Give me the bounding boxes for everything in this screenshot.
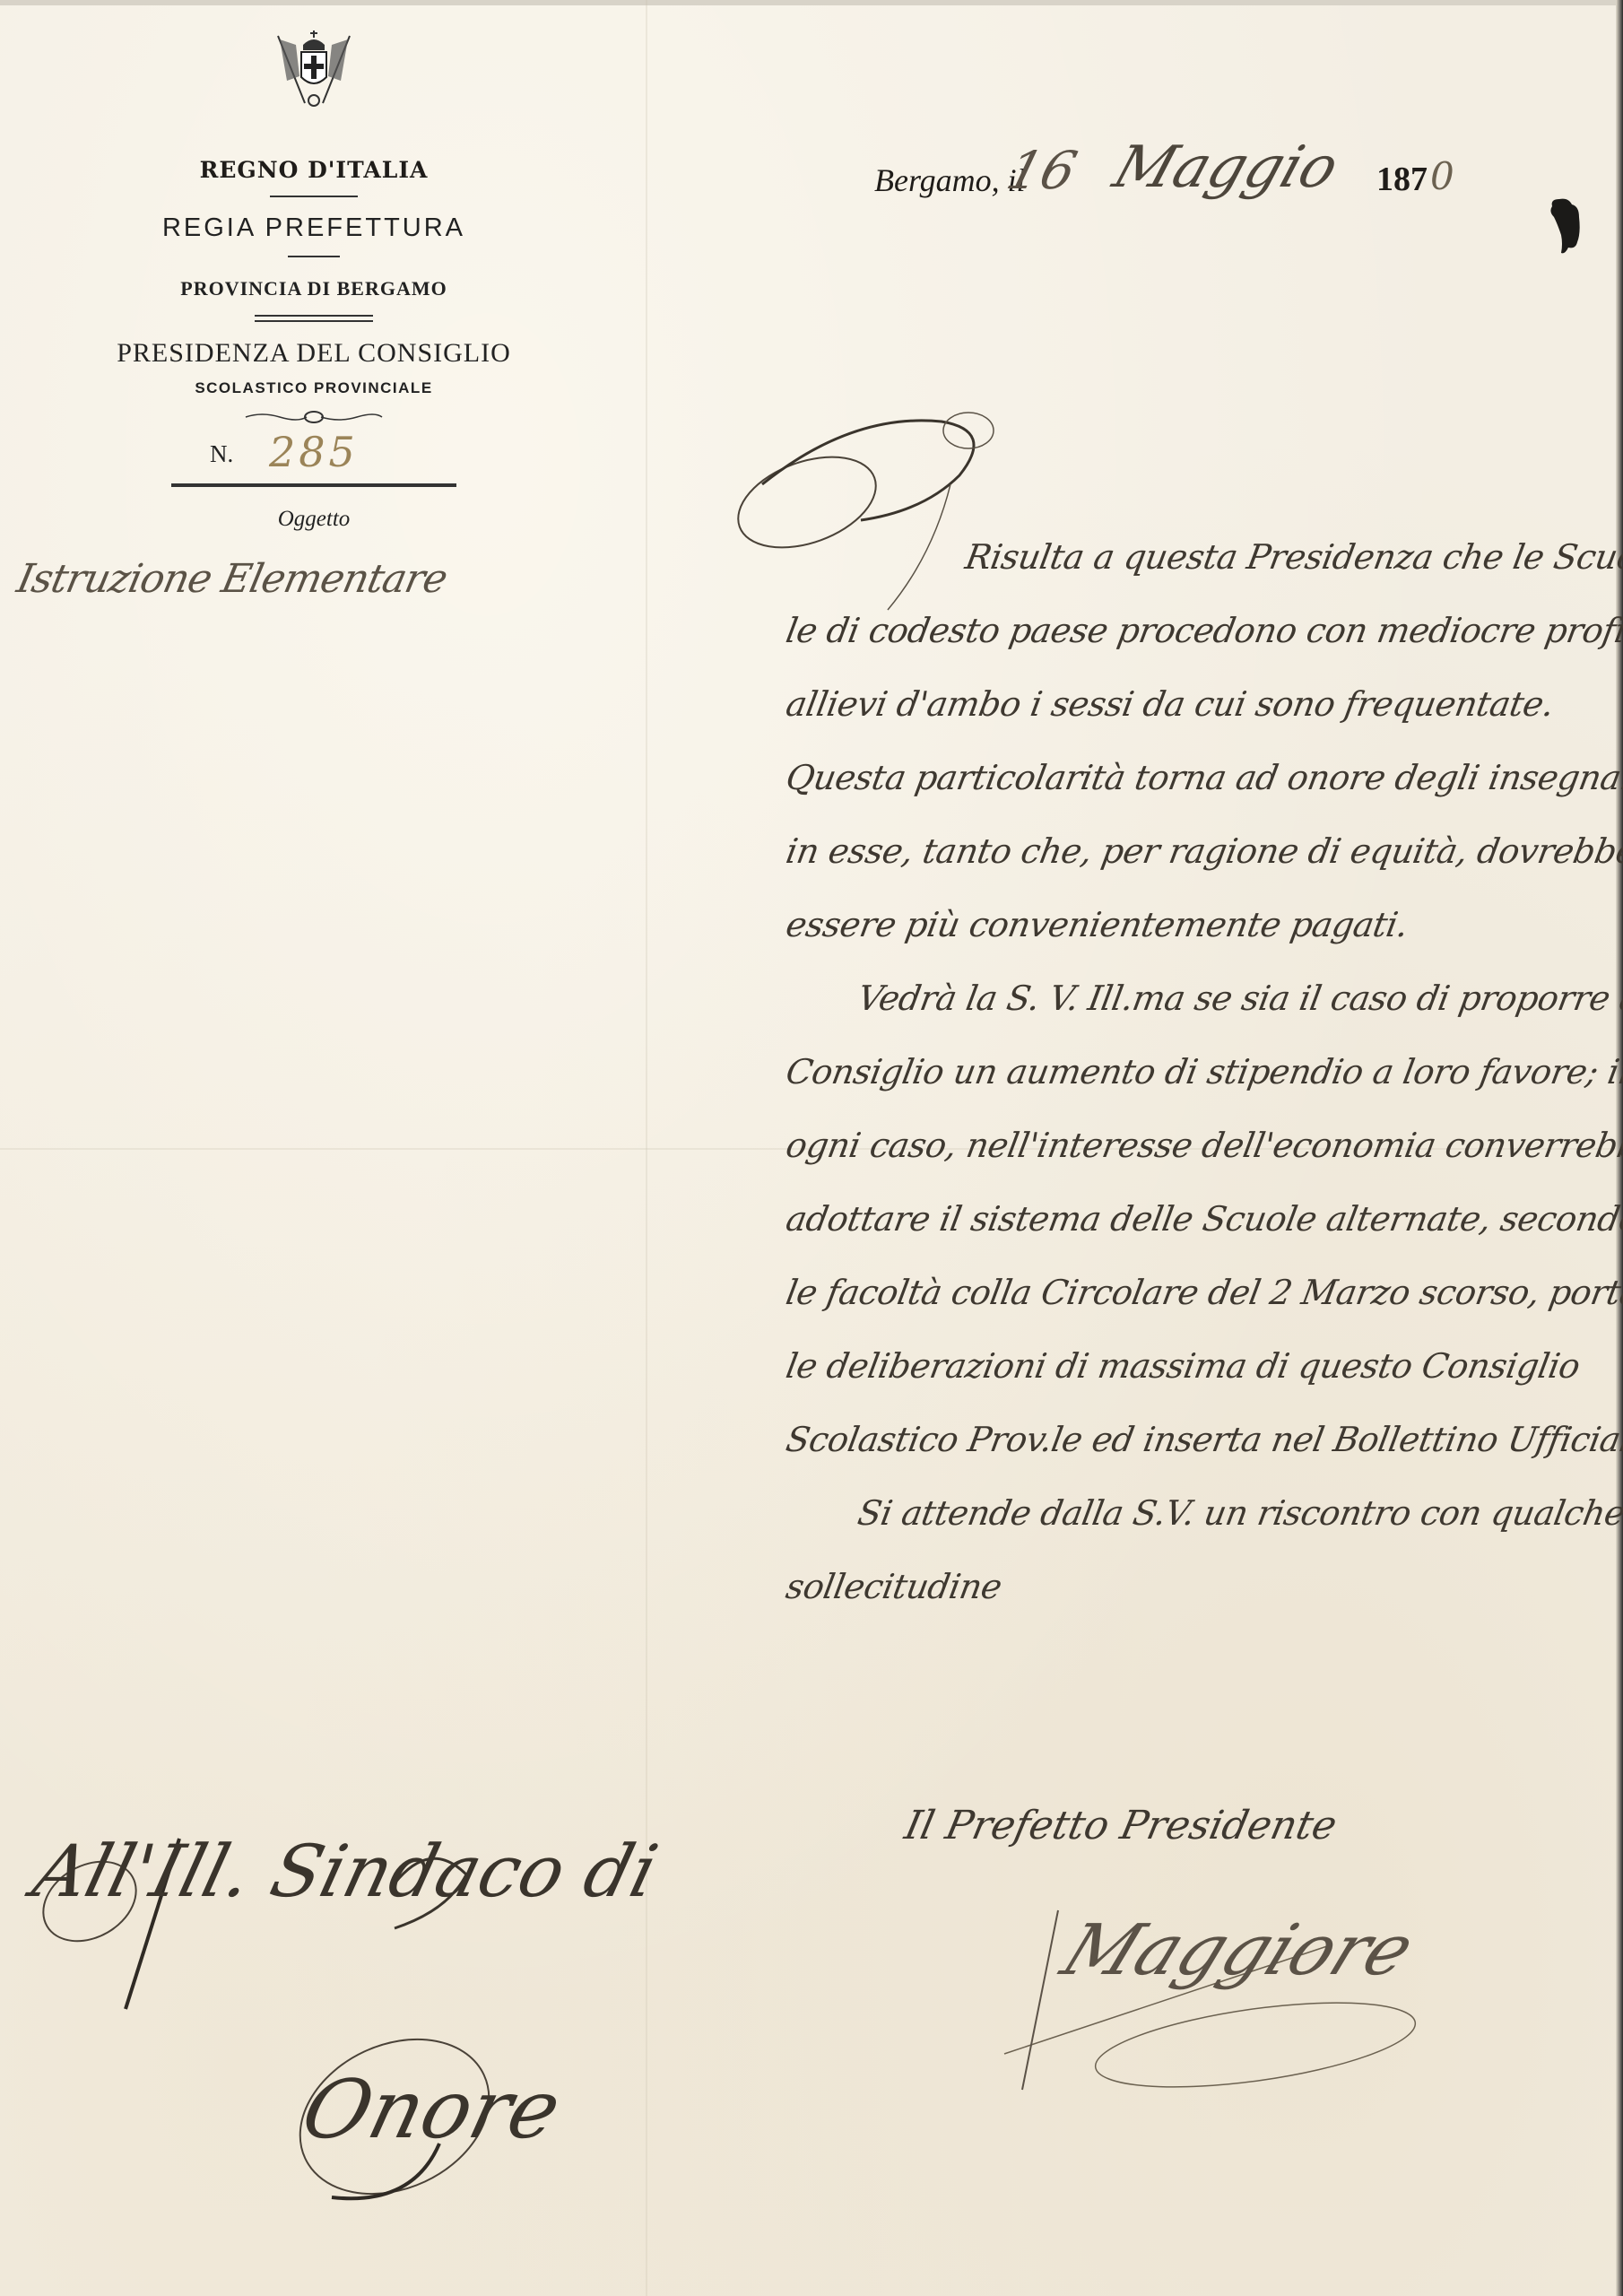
addressee-line-1: All'Ill. Sindaco di <box>25 1830 665 1913</box>
body-line: Vedrà la S. V. Ill.ma se sia il caso di … <box>780 961 1618 1035</box>
closing-title: Il Prefetto Presidente <box>901 1803 1341 1848</box>
presidency-heading: PRESIDENZA DEL CONSIGLIO <box>99 338 529 369</box>
savoy-crest-icon <box>269 27 359 112</box>
body-line: in esse, tanto che, per ragione di equit… <box>780 814 1618 888</box>
body-line: Scolastico Prov.le ed inserta nel Bollet… <box>780 1403 1618 1476</box>
subject-text: Istruzione Elementare <box>13 556 451 602</box>
ornament-icon <box>244 410 384 424</box>
office-heading: REGIA PREFETTURA <box>99 213 529 243</box>
number-value: 285 <box>269 428 359 476</box>
divider <box>270 196 358 197</box>
body-line: Consiglio un aumento di stipendio a loro… <box>780 1035 1618 1109</box>
body-line: essere più convenientemente pagati. <box>780 888 1618 961</box>
body-line: le di codesto paese procedono con medioc… <box>780 594 1618 667</box>
number-label: N. <box>210 440 233 468</box>
letterhead: REGNO D'ITALIA REGIA PREFETTURA PROVINCI… <box>99 27 529 532</box>
body-line: allievi d'ambo i sessi da cui sono frequ… <box>780 667 1618 741</box>
divider <box>288 256 340 257</box>
council-heading: SCOLASTICO PROVINCIALE <box>99 379 529 397</box>
letter-body: Risulta a questa Presidenza che le Scuo-… <box>780 520 1605 1623</box>
kingdom-heading: REGNO D'ITALIA <box>99 157 529 183</box>
body-line: adottare il sistema delle Scuole alterna… <box>780 1182 1618 1256</box>
body-line: Si attende dalla S.V. un riscontro con q… <box>780 1476 1618 1550</box>
protocol-number: N. 285 <box>99 428 529 473</box>
date-month: Maggio <box>1106 135 1347 201</box>
province-heading: PROVINCIA DI BERGAMO <box>99 277 529 300</box>
divider <box>171 483 456 487</box>
body-line: le facoltà colla Circolare del 2 Marzo s… <box>780 1256 1618 1329</box>
date-year: 187 <box>1376 160 1428 199</box>
addressee-line-2: Onore <box>293 2063 569 2157</box>
body-line: sollecitudine <box>780 1550 1618 1623</box>
signature: Maggiore <box>1051 1910 1426 1991</box>
body-line: Questa particolarità torna ad onore degl… <box>780 741 1618 814</box>
date-year-digit: 0 <box>1430 154 1454 198</box>
body-line: le deliberazioni di massima di questo Co… <box>780 1329 1618 1403</box>
body-line: Risulta a questa Presidenza che le Scuo- <box>780 520 1618 594</box>
ink-blot-icon <box>1549 197 1584 256</box>
double-divider <box>255 315 373 322</box>
body-line: ogni caso, nell'interesse dell'economia … <box>780 1109 1618 1182</box>
subject-label: Oggetto <box>99 507 529 532</box>
